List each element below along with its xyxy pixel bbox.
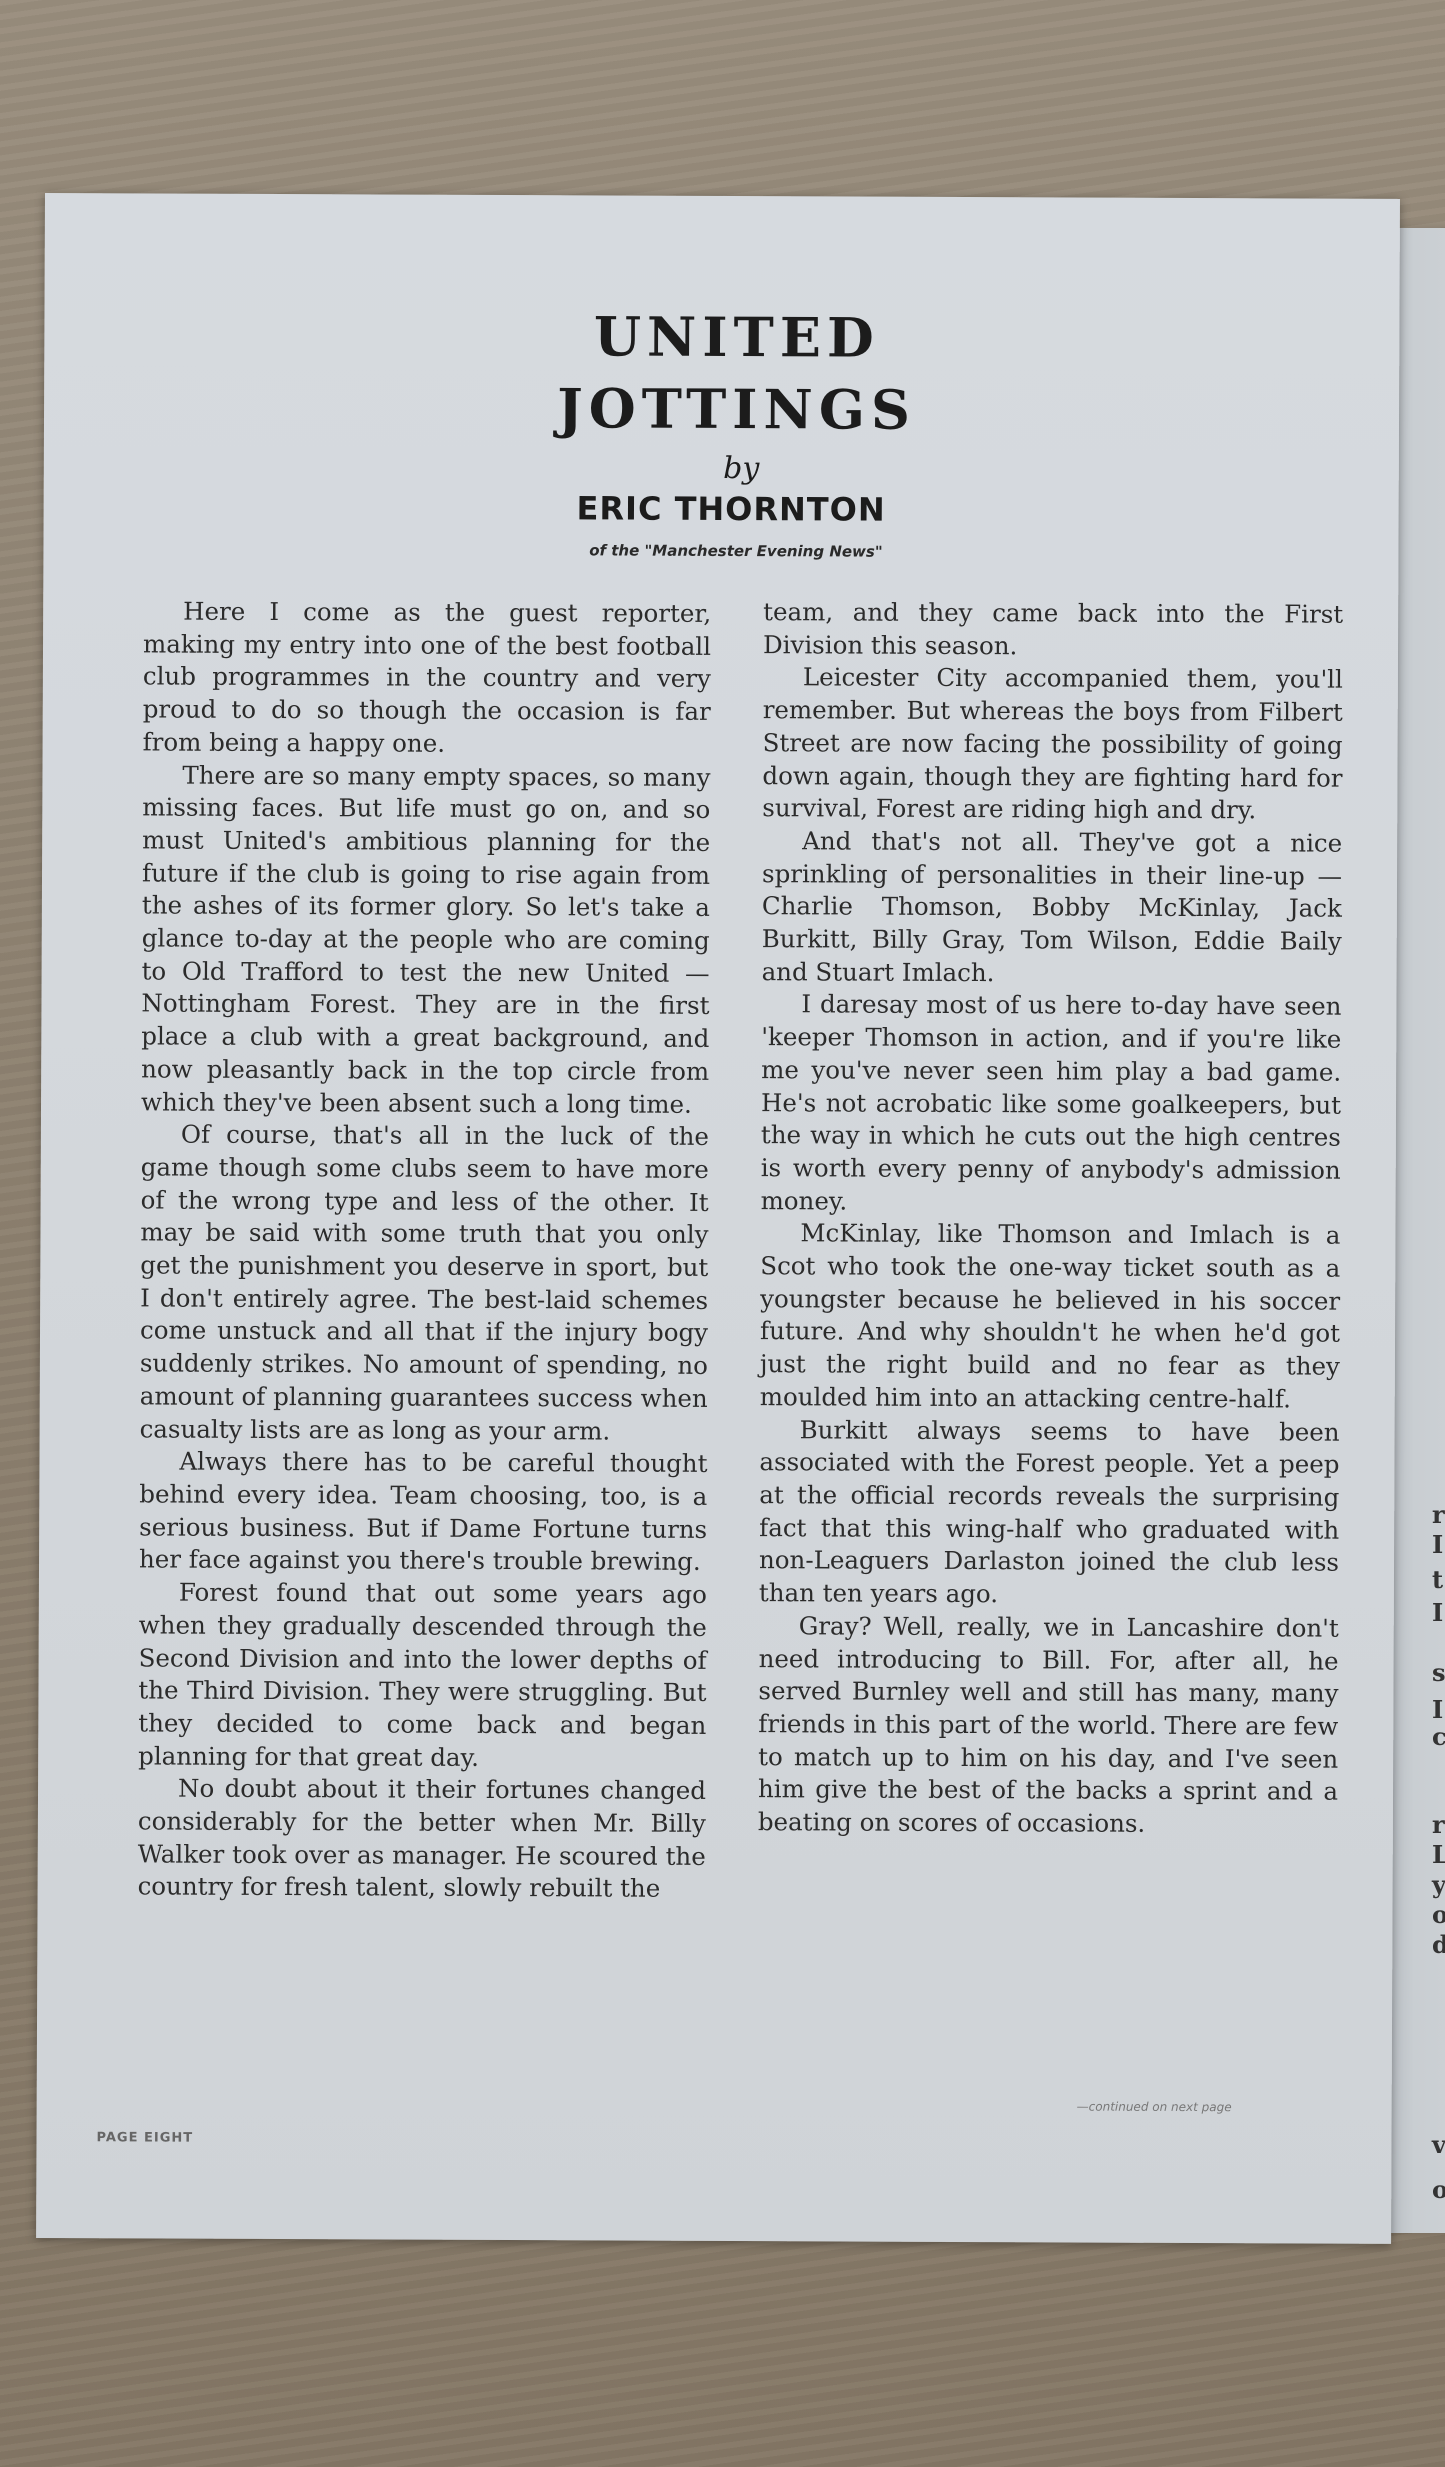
edge-letter-fragment: I [1432, 1530, 1443, 1559]
edge-letter-fragment: d [1432, 1930, 1445, 1959]
article-title-line-1: UNITED [74, 298, 1399, 376]
paragraph: Here I come as the guest reporter, makin… [143, 595, 712, 761]
paragraph: There are so many empty spaces, so many … [141, 759, 711, 1121]
edge-letter-fragment: I [1432, 1695, 1443, 1724]
edge-letter-fragment: t [1432, 1565, 1443, 1594]
paragraph: Leicester City accompanied them, you'll … [762, 662, 1343, 828]
author-affiliation: of the "Manchester Evening News" [73, 539, 1398, 563]
article-title-line-2: JOTTINGS [74, 370, 1399, 448]
right-column: team, and they came back into the First … [758, 596, 1343, 1841]
paragraph: McKinlay, like Thomson and Imlach is a S… [760, 1217, 1341, 1416]
edge-letter-fragment: s [1432, 1658, 1445, 1687]
byline-by: by [84, 448, 1399, 489]
article-header: UNITED JOTTINGS by ERIC THORNTON of the … [43, 298, 1399, 563]
paragraph: Burkitt always seems to have been associ… [759, 1414, 1340, 1613]
edge-letter-fragment: v [1432, 2130, 1445, 2159]
edge-letter-fragment: y [1432, 1870, 1445, 1899]
edge-letter-fragment: L [1432, 1840, 1445, 1869]
paragraph: Gray? Well, really, we in Lanca­shire do… [758, 1610, 1339, 1841]
edge-letter-fragment: o [1432, 1900, 1445, 1929]
edge-letter-fragment: I [1432, 1598, 1443, 1627]
continued-note: —continued on next page [1077, 2100, 1232, 2115]
edge-letter-fragment: c [1432, 1722, 1445, 1751]
paragraph: Forest found that out some years ago whe… [138, 1577, 707, 1776]
edge-letter-fragment: r [1432, 1500, 1445, 1529]
paragraph: Always there has to be careful thought b… [139, 1446, 708, 1579]
paragraph: I daresay most of us here to-day have se… [761, 989, 1342, 1220]
author-name: ERIC THORNTON [64, 487, 1399, 531]
page-number-label: PAGE EIGHT [96, 2130, 193, 2145]
left-column: Here I come as the guest reporter, makin… [138, 595, 712, 1906]
paragraph: And that's not all. They've got a nice s… [762, 825, 1343, 991]
edge-letter-fragment: of [1432, 2175, 1445, 2204]
edge-letter-fragment: r [1432, 1810, 1445, 1839]
paragraph: Of course, that's all in the luck of the… [140, 1119, 709, 1449]
paragraph-continuation: team, and they came back into the First … [763, 596, 1343, 664]
paragraph: No doubt about it their fortunes changed… [138, 1773, 707, 1906]
programme-page: UNITED JOTTINGS by ERIC THORNTON of the … [36, 193, 1400, 2244]
